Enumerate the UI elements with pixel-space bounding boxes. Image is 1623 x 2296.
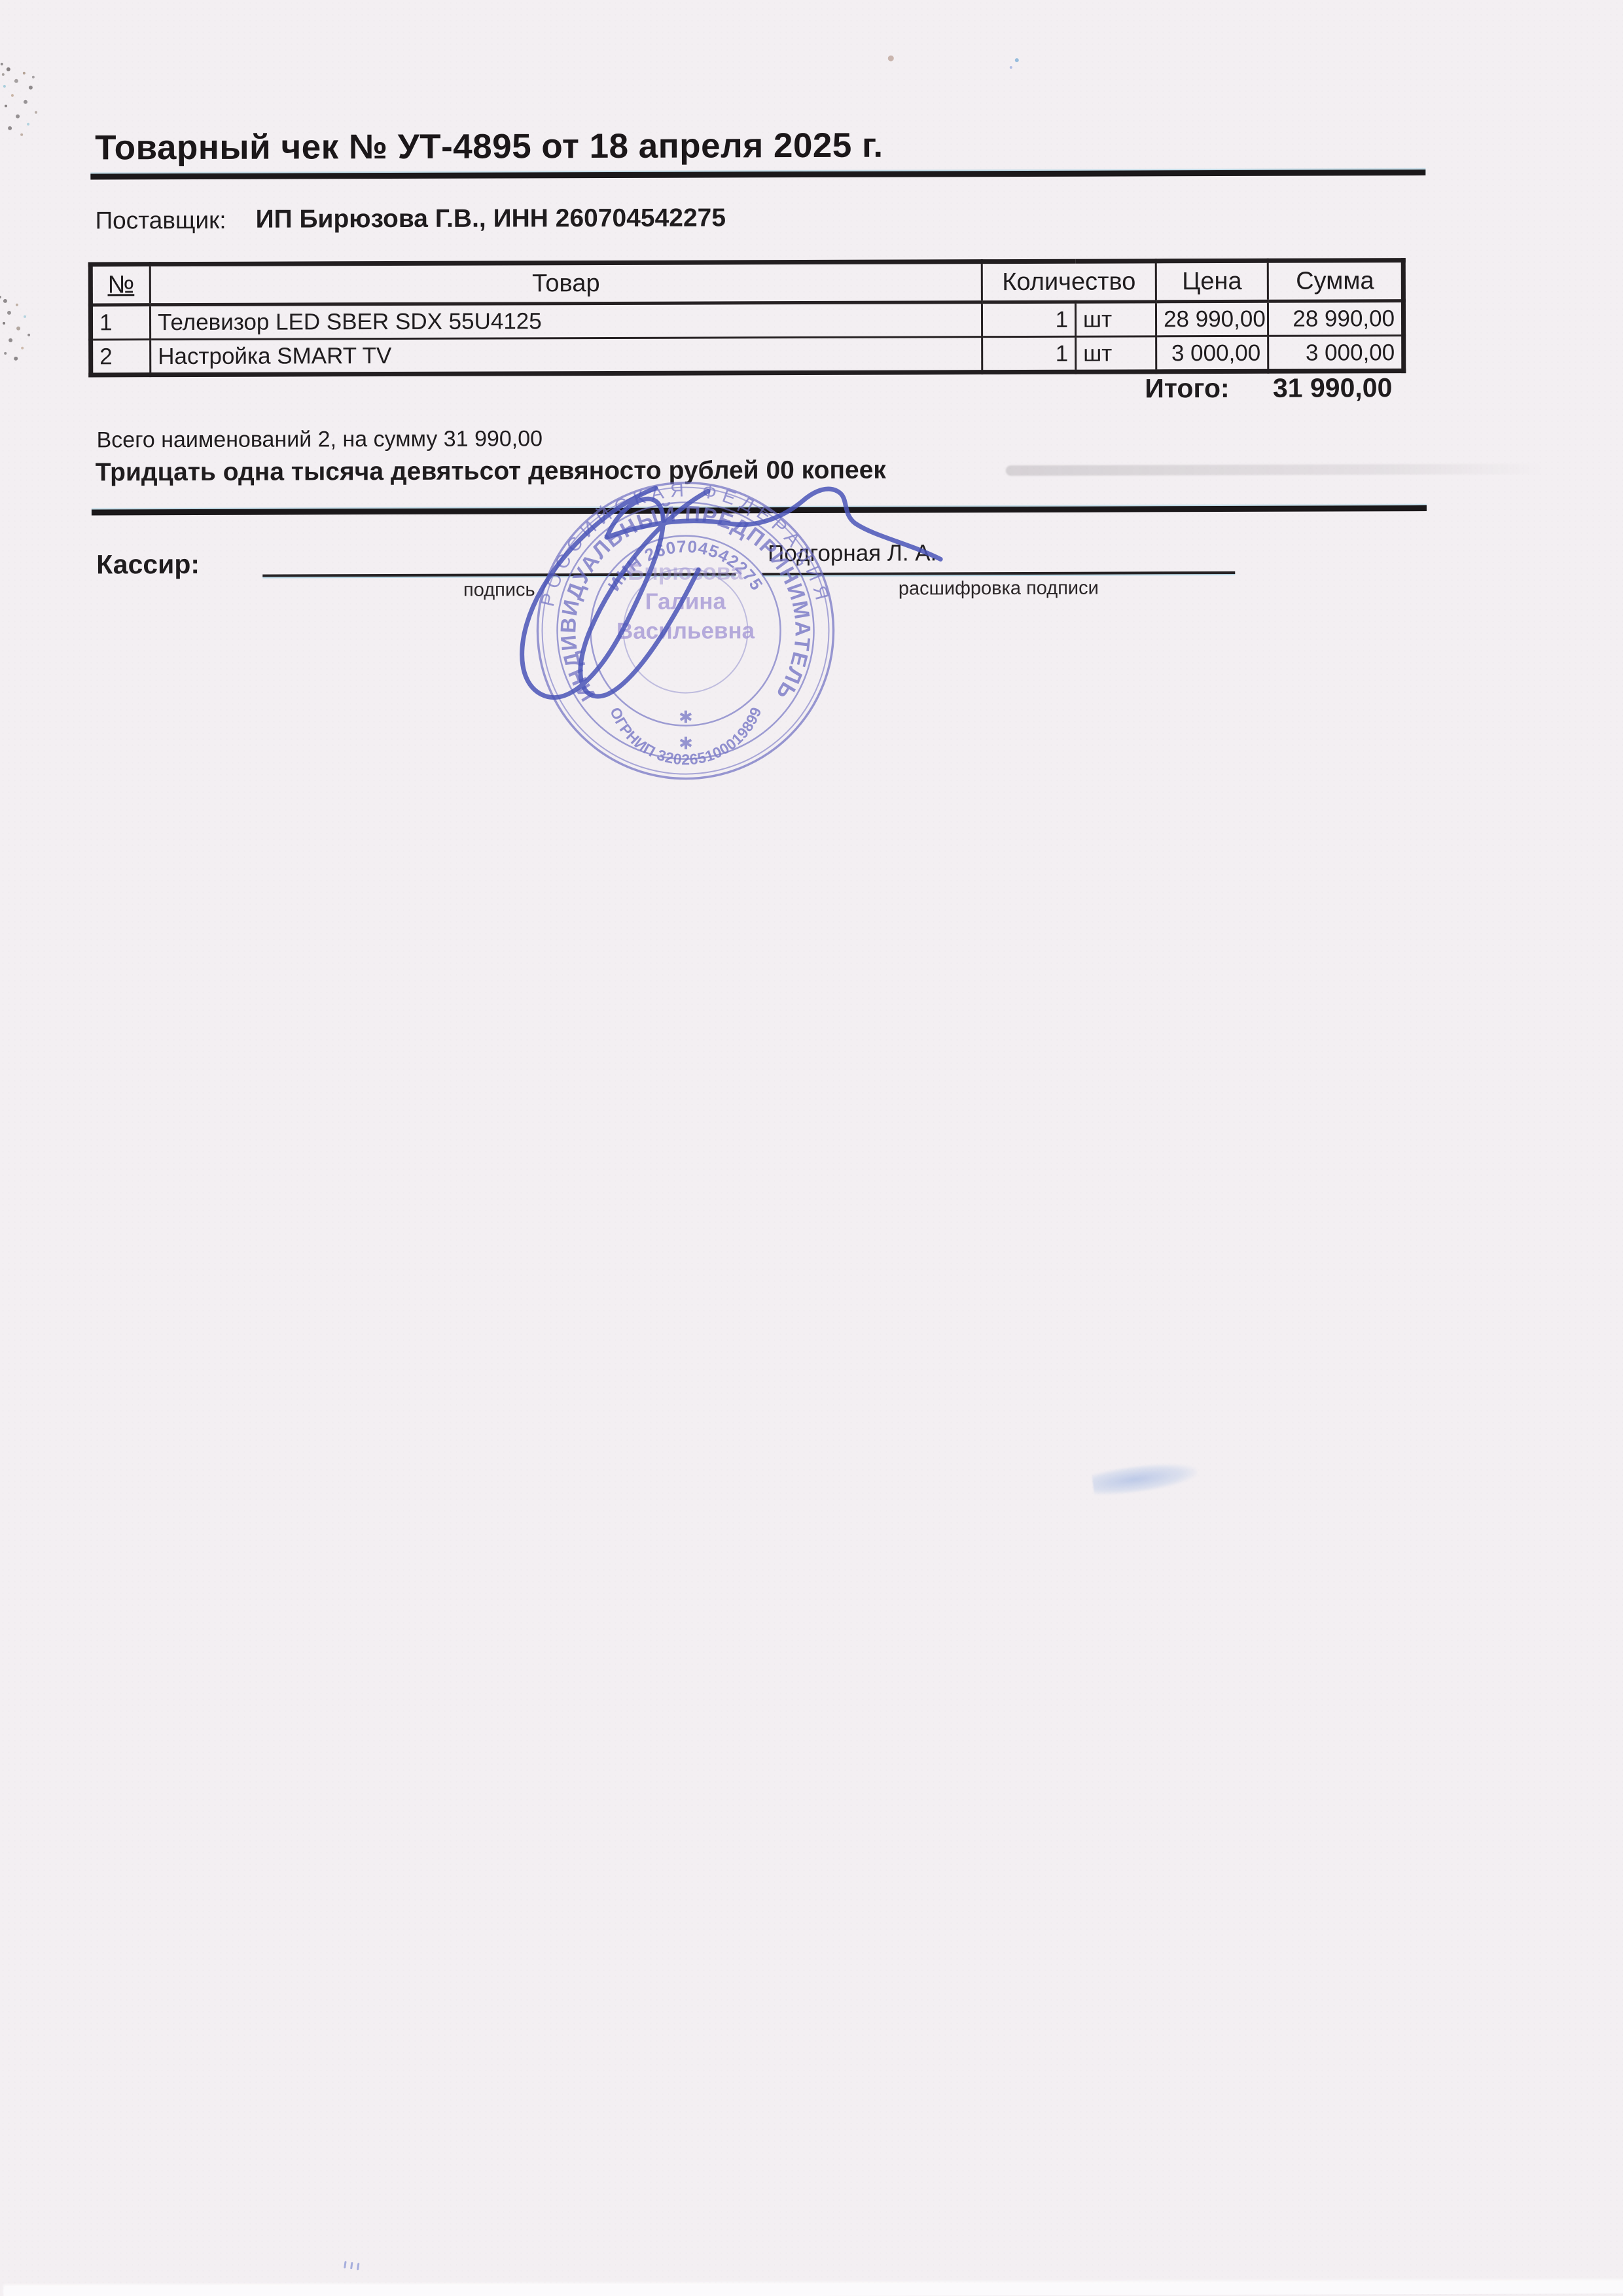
supplier-line: Поставщик: ИП Бирюзова Г.В., ИНН 2607045… <box>95 207 226 235</box>
cell-unit: шт <box>1075 302 1156 336</box>
cell-product: Настройка SMART TV <box>151 337 982 375</box>
scan-artifact <box>1006 463 1543 476</box>
col-header-sum: Сумма <box>1268 260 1403 302</box>
paper-edge <box>3 2282 1623 2296</box>
table-row: 1 Телевизор LED SBER SDX 55U4125 1 шт 28… <box>90 301 1403 340</box>
cell-sum: 3 000,00 <box>1268 336 1404 372</box>
scan-artifact <box>1010 66 1012 69</box>
cell-sum: 28 990,00 <box>1268 301 1403 336</box>
col-header-num: № <box>90 264 150 305</box>
cell-unit: шт <box>1076 336 1156 372</box>
supplier-label: Поставщик: <box>95 207 226 234</box>
cell-price: 28 990,00 <box>1156 301 1268 336</box>
scan-artifact <box>1 63 3 65</box>
scan-artifact <box>1015 58 1019 62</box>
col-header-product: Товар <box>150 262 982 305</box>
col-header-price: Цена <box>1156 260 1268 302</box>
supplier-value: ИП Бирюзова Г.В., ИНН 260704542275 <box>255 204 726 234</box>
scan-artifact <box>343 2261 370 2275</box>
table-row: 2 Настройка SMART TV 1 шт 3 000,00 3 000… <box>91 336 1404 375</box>
scan-artifact <box>1092 1459 1199 1498</box>
goods-table: № Товар Количество Цена Сумма 1 Телевизо… <box>88 258 1406 377</box>
handwritten-signature <box>417 457 1007 741</box>
scanned-receipt-page: Товарный чек № УТ-4895 от 18 апреля 2025… <box>0 0 1623 2296</box>
col-header-quantity: Количество <box>982 261 1156 302</box>
cell-qty: 1 <box>982 302 1075 336</box>
cell-price: 3 000,00 <box>1156 336 1268 372</box>
scan-artifact <box>888 56 894 62</box>
total-row: Итого: 31 990,00 <box>1145 372 1392 404</box>
cell-num: 2 <box>91 340 151 375</box>
receipt-title: Товарный чек № УТ-4895 от 18 апреля 2025… <box>95 126 883 168</box>
scan-artifact <box>0 296 1 298</box>
cashier-label: Кассир: <box>96 549 200 580</box>
title-rule <box>90 170 1425 179</box>
cell-product: Телевизор LED SBER SDX 55U4125 <box>150 302 982 340</box>
total-label: Итого: <box>1145 373 1229 404</box>
cell-qty: 1 <box>982 336 1076 372</box>
table-header-row: № Товар Количество Цена Сумма <box>90 260 1403 305</box>
receipt-content: Товарный чек № УТ-4895 от 18 апреля 2025… <box>0 0 1623 2296</box>
items-summary: Всего наименований 2, на сумму 31 990,00 <box>97 426 543 453</box>
cell-num: 1 <box>90 305 150 340</box>
total-value: 31 990,00 <box>1273 372 1393 404</box>
